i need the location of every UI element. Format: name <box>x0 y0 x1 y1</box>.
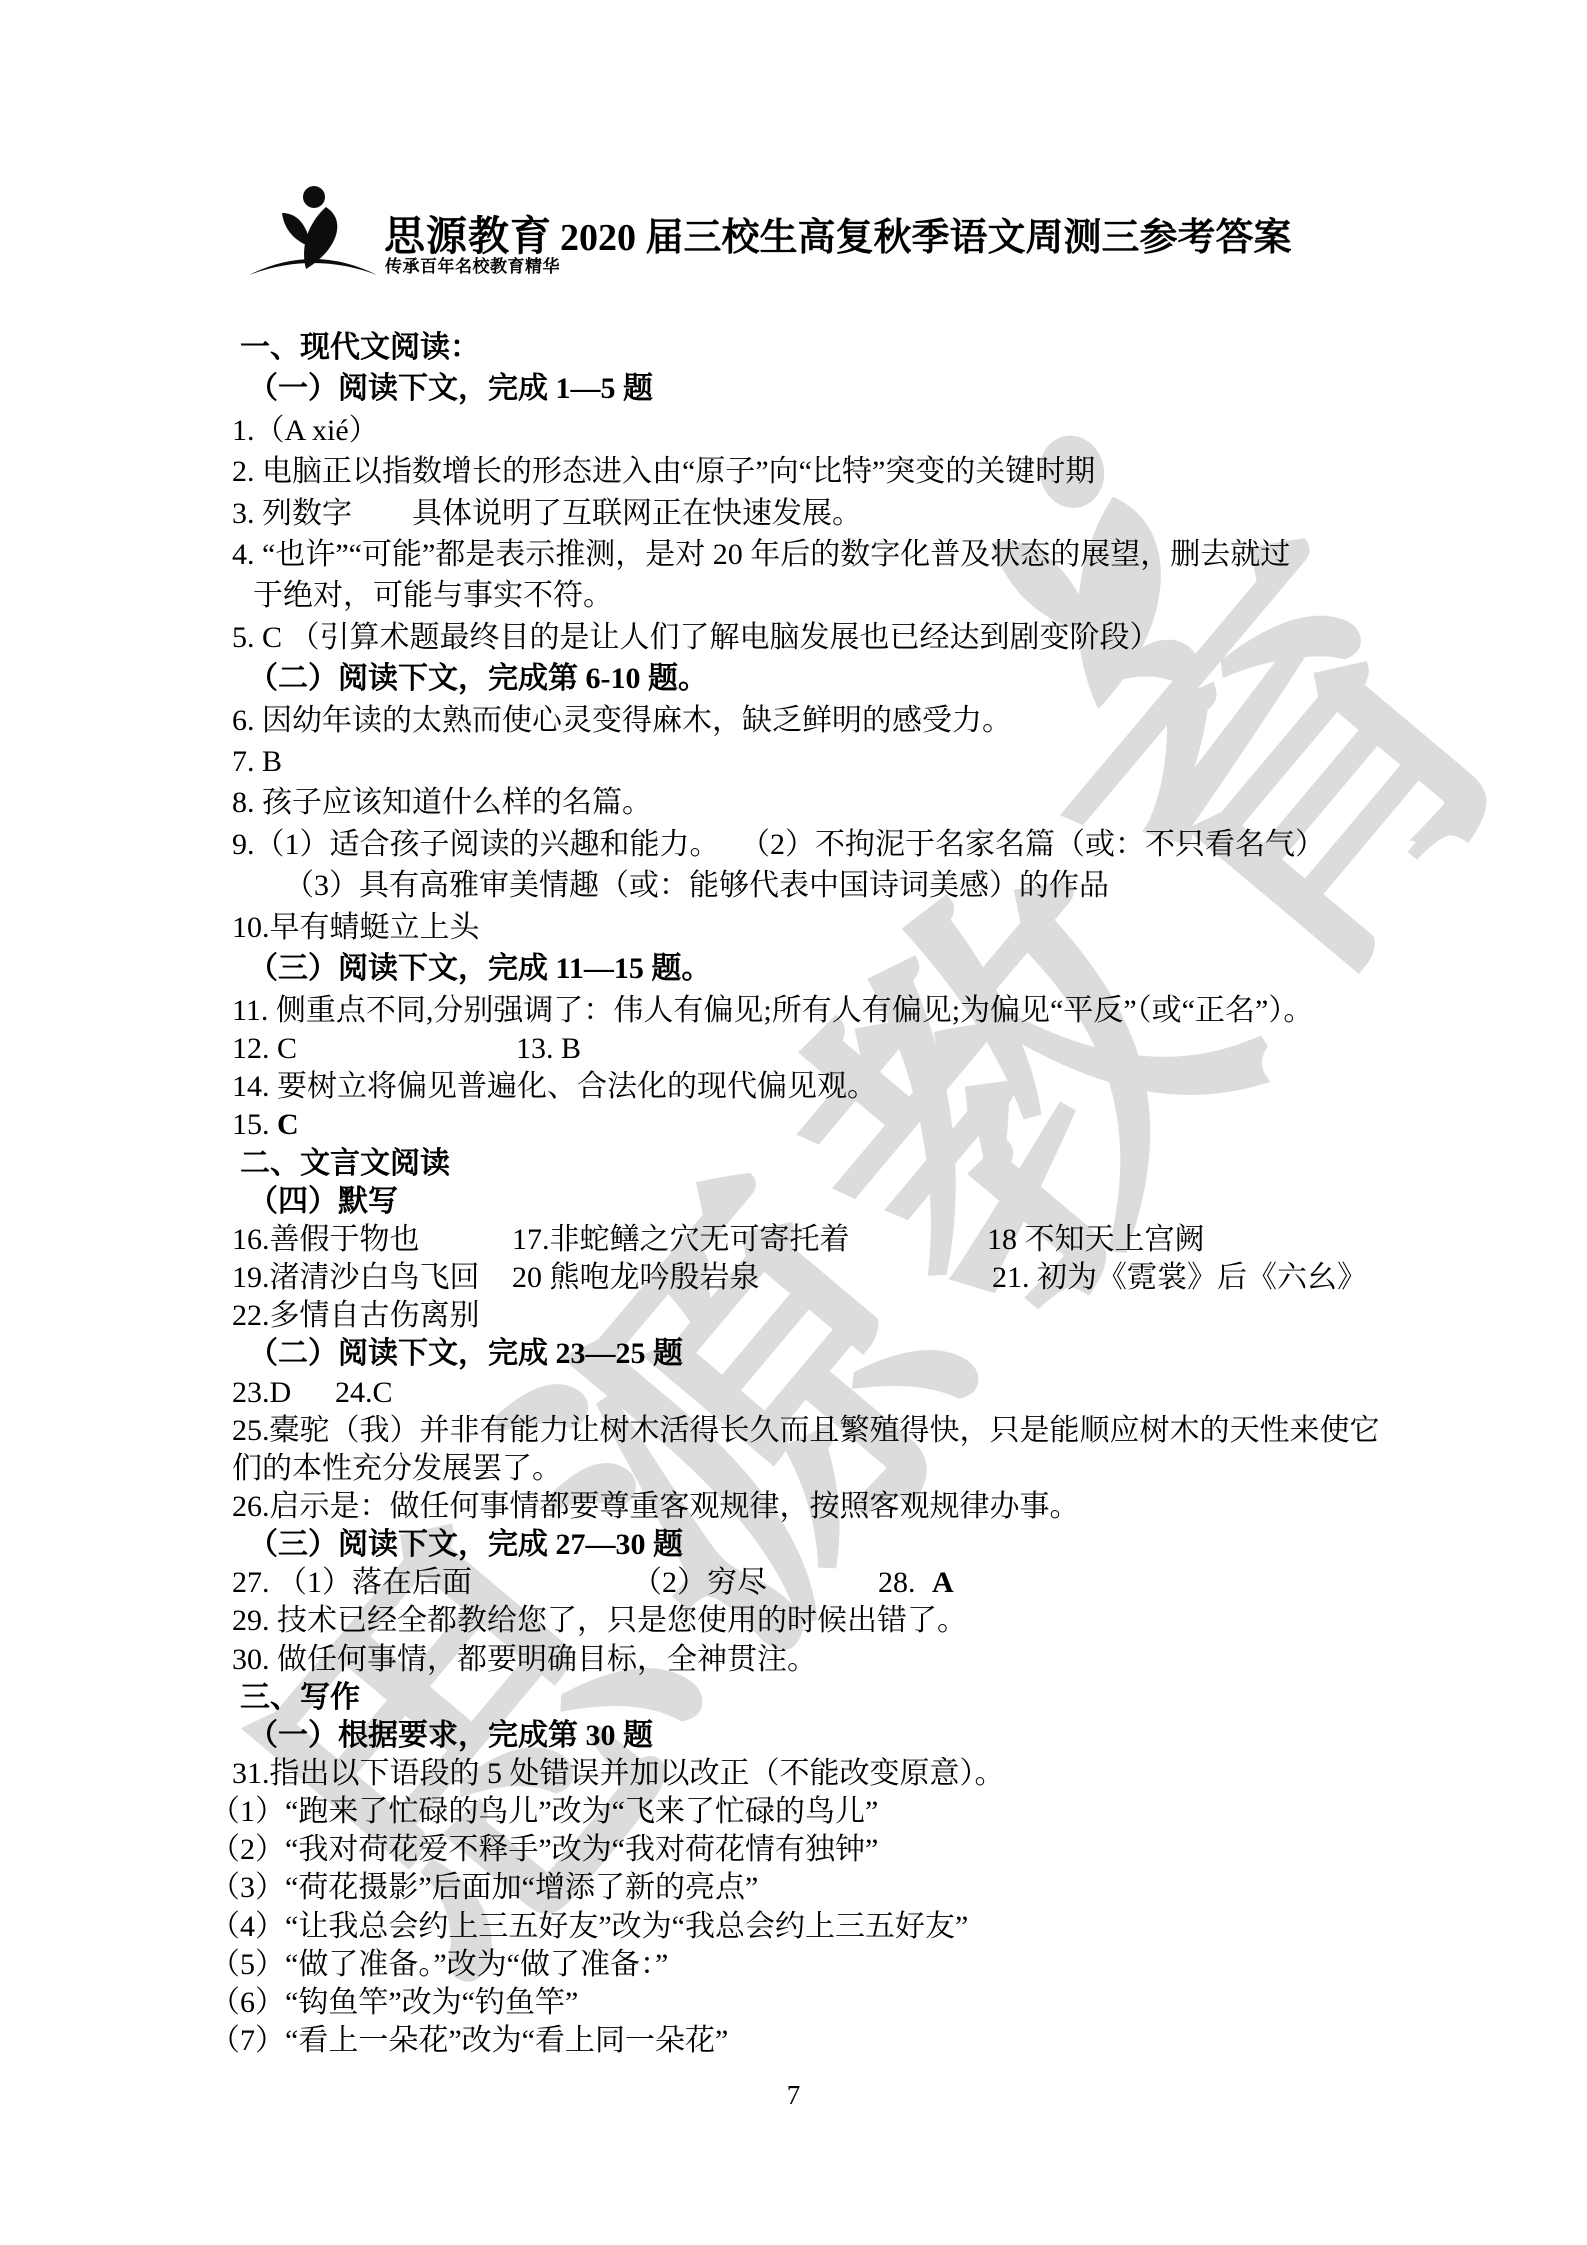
text-line: （三）阅读下文，完成 11—15 题。 <box>196 950 711 992</box>
text-part: 三、写作 <box>240 1681 360 1714</box>
text-part: （2）穷尽 <box>632 1564 767 1602</box>
text-line: （四）默写 <box>196 1183 398 1225</box>
text-line: 19.渚清沙白鸟飞回20 熊咆龙吟殷岩泉21. 初为《霓裳》后《六幺》 <box>196 1259 480 1301</box>
document-body: 一、现代文阅读：（一）阅读下文，完成 1—5 题1.（A xié）2. 电脑正以… <box>0 0 1587 2245</box>
text-line: 23.D24.C <box>196 1374 291 1416</box>
text-part: 2. 电脑正以指数增长的形态进入由“原子”向“比特”突变的关键时期 <box>232 455 1095 488</box>
text-line: 二、文言文阅读 <box>196 1145 450 1187</box>
text-part: 26.启示是：做任何事情都要尊重客观规律，按照客观规律办事。 <box>232 1490 1080 1523</box>
text-line: 一、现代文阅读： <box>196 329 480 371</box>
text-line: 3. 列数字 具体说明了互联网正在快速发展。 <box>196 495 862 537</box>
text-line: 6. 因幼年读的太熟而使心灵变得麻木，缺乏鲜明的感受力。 <box>196 702 1012 744</box>
text-part: （三）阅读下文，完成 11—15 题。 <box>248 952 711 985</box>
text-line: 三、写作 <box>196 1679 360 1721</box>
text-part: （5）“做了准备。”改为“做了准备：” <box>210 1948 668 1981</box>
text-part: 23.D <box>232 1376 291 1409</box>
text-part: （一）阅读下文，完成 1—5 题 <box>248 372 653 405</box>
text-line: 11. 侧重点不同,分别强调了：伟人有偏见;所有人有偏见;为偏见“平反”（或“正… <box>196 992 1313 1034</box>
text-line: （5）“做了准备。”改为“做了准备：” <box>196 1946 668 1988</box>
text-part: （1）“跑来了忙碌的鸟儿”改为“飞来了忙碌的鸟儿” <box>210 1795 878 1828</box>
text-part: 17.非蛇鳝之穴无可寄托着 <box>512 1221 850 1259</box>
text-part: （2）不拘泥于名家名篇（或：不只看名气） <box>740 826 1325 864</box>
text-part: （6）“钩鱼竿”改为“钓鱼竿” <box>210 1986 578 2019</box>
text-line: 10.早有蜻蜓立上头 <box>196 909 480 951</box>
text-part: 9.（1）适合孩子阅读的兴趣和能力。 <box>232 828 720 861</box>
text-line: （一）根据要求，完成第 30 题 <box>196 1717 653 1759</box>
text-part: 3. 列数字 具体说明了互联网正在快速发展。 <box>232 497 862 530</box>
text-part: （7）“看上一朵花”改为“看上同一朵花” <box>210 2024 728 2057</box>
text-part: 28. <box>878 1564 916 1602</box>
text-part: 21. 初为《霓裳》后《六幺》 <box>992 1259 1367 1297</box>
text-line: 22.多情自古伤离别 <box>196 1297 480 1339</box>
text-line: 15. C <box>196 1106 299 1148</box>
text-part: 19.渚清沙白鸟飞回 <box>232 1261 480 1294</box>
text-part: 12. C <box>232 1032 297 1065</box>
text-line: 27. （1）落在后面（2）穷尽28. A <box>196 1564 472 1606</box>
text-part: 14. 要树立将偏见普遍化、合法化的现代偏见观。 <box>232 1070 877 1103</box>
text-line: 25.橐驼（我）并非有能力让树木活得长久而且繁殖得快，只是能顺应树木的天性来使它 <box>196 1412 1380 1454</box>
text-line: 4. “也许”“可能”都是表示推测，是对 20 年后的数字化普及状态的展望，删去… <box>196 536 1290 578</box>
page: 思源教育 思源教育 传承百年名校教育精华 2020 届三校生高复秋季语文周测三参… <box>0 0 1587 2245</box>
text-part: 二、文言文阅读 <box>240 1147 450 1180</box>
text-part: 8. 孩子应该知道什么样的名篇。 <box>232 786 652 819</box>
text-part: （3）“荷花摄影”后面加“增添了新的亮点” <box>210 1871 758 1904</box>
text-line: 16.善假于物也17.非蛇鳝之穴无可寄托着18 不知天上宫阙 <box>196 1221 420 1263</box>
text-part: （四）默写 <box>248 1185 398 1218</box>
text-line: 1.（A xié） <box>196 412 379 454</box>
text-part: 27. （1）落在后面 <box>232 1566 472 1599</box>
text-line: 5. C （引算术题最终目的是让人们了解电脑发展也已经达到剧变阶段） <box>196 619 1160 661</box>
text-part: 5. C （引算术题最终目的是让人们了解电脑发展也已经达到剧变阶段） <box>232 621 1160 654</box>
text-part: 31.指出以下语段的 5 处错误并加以改正（不能改变原意）。 <box>232 1757 1005 1790</box>
text-line: 7. B <box>196 743 282 785</box>
text-part: 10.早有蜻蜓立上头 <box>232 911 480 944</box>
text-part: （4）“让我总会约上三五好友”改为“我总会约上三五好友” <box>210 1910 968 1943</box>
text-line: 30. 做任何事情，都要明确目标，全神贯注。 <box>196 1641 817 1683</box>
text-line: 2. 电脑正以指数增长的形态进入由“原子”向“比特”突变的关键时期 <box>196 453 1095 495</box>
text-part: 7. B <box>232 745 282 778</box>
text-part: 4. “也许”“可能”都是表示推测，是对 20 年后的数字化普及状态的展望，删去… <box>232 538 1290 571</box>
text-part: 1.（A xié） <box>232 414 379 447</box>
text-line: （一）阅读下文，完成 1—5 题 <box>196 370 653 412</box>
page-number: 7 <box>0 2080 1587 2111</box>
text-part: （2）“我对荷花爱不释手”改为“我对荷花情有独钟” <box>210 1833 878 1866</box>
text-line: （二）阅读下文，完成第 6-10 题。 <box>196 660 708 702</box>
text-line: 于绝对，可能与事实不符。 <box>196 577 613 619</box>
text-line: 29. 技术已经全都教给您了，只是您使用的时候出错了。 <box>196 1602 967 1644</box>
text-part: 6. 因幼年读的太熟而使心灵变得麻木，缺乏鲜明的感受力。 <box>232 704 1012 737</box>
text-part: 30. 做任何事情，都要明确目标，全神贯注。 <box>232 1643 817 1676</box>
text-line: （三）阅读下文，完成 27—30 题 <box>196 1526 683 1568</box>
text-part: 一、现代文阅读： <box>240 331 480 364</box>
text-part: 于绝对，可能与事实不符。 <box>253 579 613 612</box>
text-line: 12. C13. B <box>196 1030 297 1072</box>
text-part: 16.善假于物也 <box>232 1223 420 1256</box>
text-part: C <box>277 1108 299 1141</box>
text-part: （二）阅读下文，完成 23—25 题 <box>248 1337 683 1370</box>
logo-tagline: 传承百年名校教育精华 <box>385 252 560 277</box>
text-line: 8. 孩子应该知道什么样的名篇。 <box>196 784 652 826</box>
text-part: 18 不知天上宫阙 <box>987 1221 1205 1259</box>
text-part: 们的本性充分发展罢了。 <box>232 1452 562 1485</box>
text-line: （7）“看上一朵花”改为“看上同一朵花” <box>196 2022 728 2064</box>
text-part: A <box>932 1564 954 1602</box>
text-line: （1）“跑来了忙碌的鸟儿”改为“飞来了忙碌的鸟儿” <box>196 1793 878 1835</box>
text-part: 29. 技术已经全都教给您了，只是您使用的时候出错了。 <box>232 1604 967 1637</box>
text-line: （6）“钩鱼竿”改为“钓鱼竿” <box>196 1984 578 2026</box>
text-part: （二）阅读下文，完成第 6-10 题。 <box>248 662 708 695</box>
text-line: 26.启示是：做任何事情都要尊重客观规律，按照客观规律办事。 <box>196 1488 1080 1530</box>
text-line: 31.指出以下语段的 5 处错误并加以改正（不能改变原意）。 <box>196 1755 1005 1797</box>
text-line: （3）“荷花摄影”后面加“增添了新的亮点” <box>196 1869 758 1911</box>
text-part: （三）阅读下文，完成 27—30 题 <box>248 1528 683 1561</box>
text-part: 24.C <box>335 1374 393 1412</box>
text-part: （一）根据要求，完成第 30 题 <box>248 1719 653 1752</box>
text-part: 13. B <box>516 1030 581 1068</box>
text-part: 22.多情自古伤离别 <box>232 1299 480 1332</box>
page-title: 2020 届三校生高复秋季语文周测三参考答案 <box>560 206 1292 261</box>
text-line: （4）“让我总会约上三五好友”改为“我总会约上三五好友” <box>196 1908 968 1950</box>
text-line: （3）具有高雅审美情趣（或：能够代表中国诗词美感）的作品 <box>196 867 1109 909</box>
text-line: 们的本性充分发展罢了。 <box>196 1450 562 1492</box>
text-line: 14. 要树立将偏见普遍化、合法化的现代偏见观。 <box>196 1068 877 1110</box>
text-line: （2）“我对荷花爱不释手”改为“我对荷花情有独钟” <box>196 1831 878 1873</box>
text-line: （二）阅读下文，完成 23—25 题 <box>196 1335 683 1377</box>
siyuan-logo-icon <box>248 185 378 285</box>
text-part: 15. <box>232 1108 277 1141</box>
text-part: 20 熊咆龙吟殷岩泉 <box>512 1259 760 1297</box>
text-part: （3）具有高雅审美情趣（或：能够代表中国诗词美感）的作品 <box>284 869 1109 902</box>
text-part: 11. 侧重点不同,分别强调了：伟人有偏见;所有人有偏见;为偏见“平反”（或“正… <box>232 994 1313 1027</box>
text-part: 25.橐驼（我）并非有能力让树木活得长久而且繁殖得快，只是能顺应树木的天性来使它 <box>232 1414 1380 1447</box>
text-line: 9.（1）适合孩子阅读的兴趣和能力。（2）不拘泥于名家名篇（或：不只看名气） <box>196 826 720 868</box>
